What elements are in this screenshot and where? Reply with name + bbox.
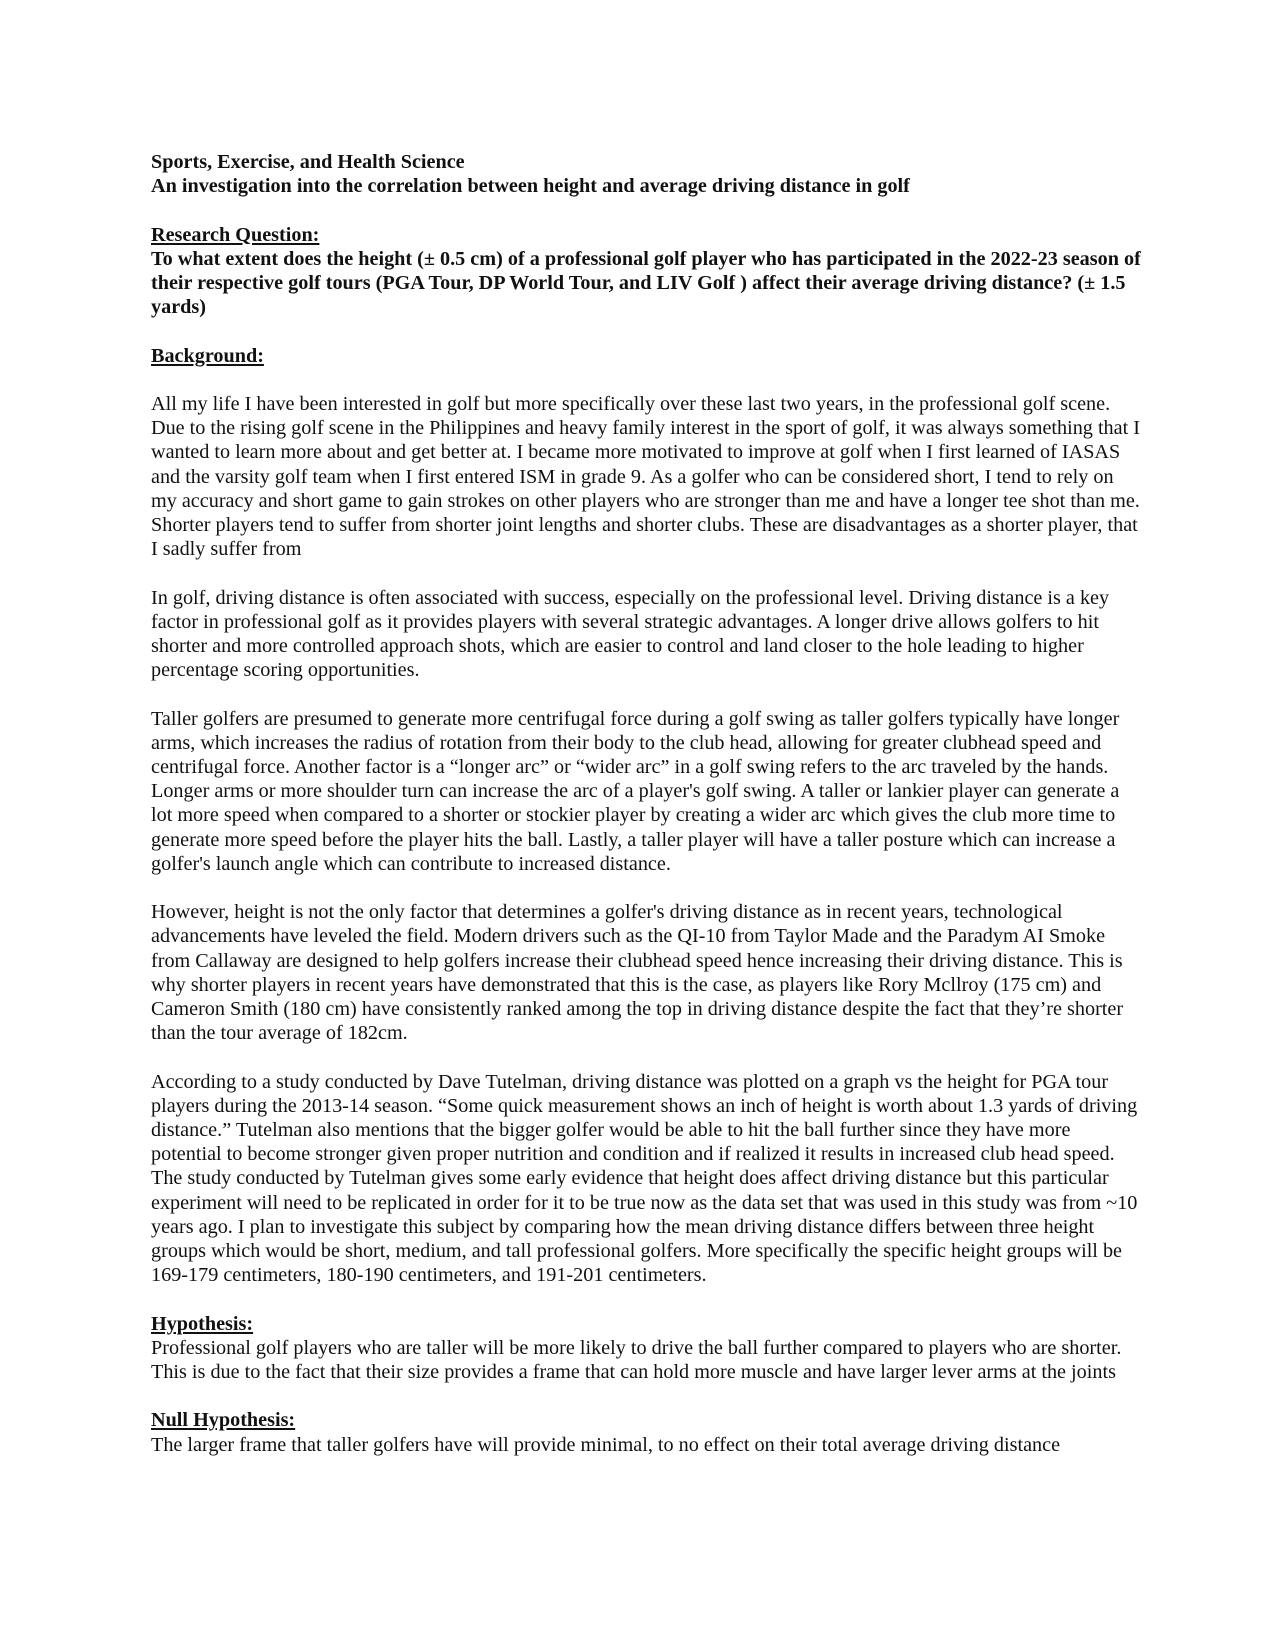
hypothesis-text: Professional golf players who are taller… bbox=[151, 1336, 1141, 1384]
null-hypothesis-heading: Null Hypothesis: bbox=[151, 1408, 1141, 1432]
research-question-section: Research Question: To what extent does t… bbox=[151, 223, 1141, 320]
background-paragraph: According to a study conducted by Dave T… bbox=[151, 1070, 1141, 1288]
hypothesis-section: Hypothesis: Professional golf players wh… bbox=[151, 1312, 1141, 1385]
document-page: Sports, Exercise, and Health Science An … bbox=[151, 150, 1141, 1457]
spacer bbox=[151, 1287, 1141, 1311]
spacer bbox=[151, 368, 1141, 392]
null-hypothesis-section: Null Hypothesis: The larger frame that t… bbox=[151, 1408, 1141, 1456]
spacer bbox=[151, 1384, 1141, 1408]
spacer bbox=[151, 198, 1141, 222]
spacer bbox=[151, 561, 1141, 585]
spacer bbox=[151, 1045, 1141, 1069]
background-paragraph: In golf, driving distance is often assoc… bbox=[151, 586, 1141, 683]
hypothesis-heading: Hypothesis: bbox=[151, 1312, 1141, 1336]
background-paragraph: All my life I have been interested in go… bbox=[151, 392, 1141, 561]
background-heading: Background: bbox=[151, 344, 1141, 368]
subject-title: Sports, Exercise, and Health Science bbox=[151, 150, 1141, 174]
spacer bbox=[151, 682, 1141, 706]
null-hypothesis-text: The larger frame that taller golfers hav… bbox=[151, 1433, 1141, 1457]
research-question-text: To what extent does the height (± 0.5 cm… bbox=[151, 247, 1141, 320]
research-question-heading: Research Question: bbox=[151, 223, 1141, 247]
spacer bbox=[151, 876, 1141, 900]
document-title: An investigation into the correlation be… bbox=[151, 174, 1141, 198]
background-paragraph: Taller golfers are presumed to generate … bbox=[151, 707, 1141, 876]
background-section: Background: All my life I have been inte… bbox=[151, 344, 1141, 1288]
spacer bbox=[151, 319, 1141, 343]
background-paragraph: However, height is not the only factor t… bbox=[151, 900, 1141, 1045]
